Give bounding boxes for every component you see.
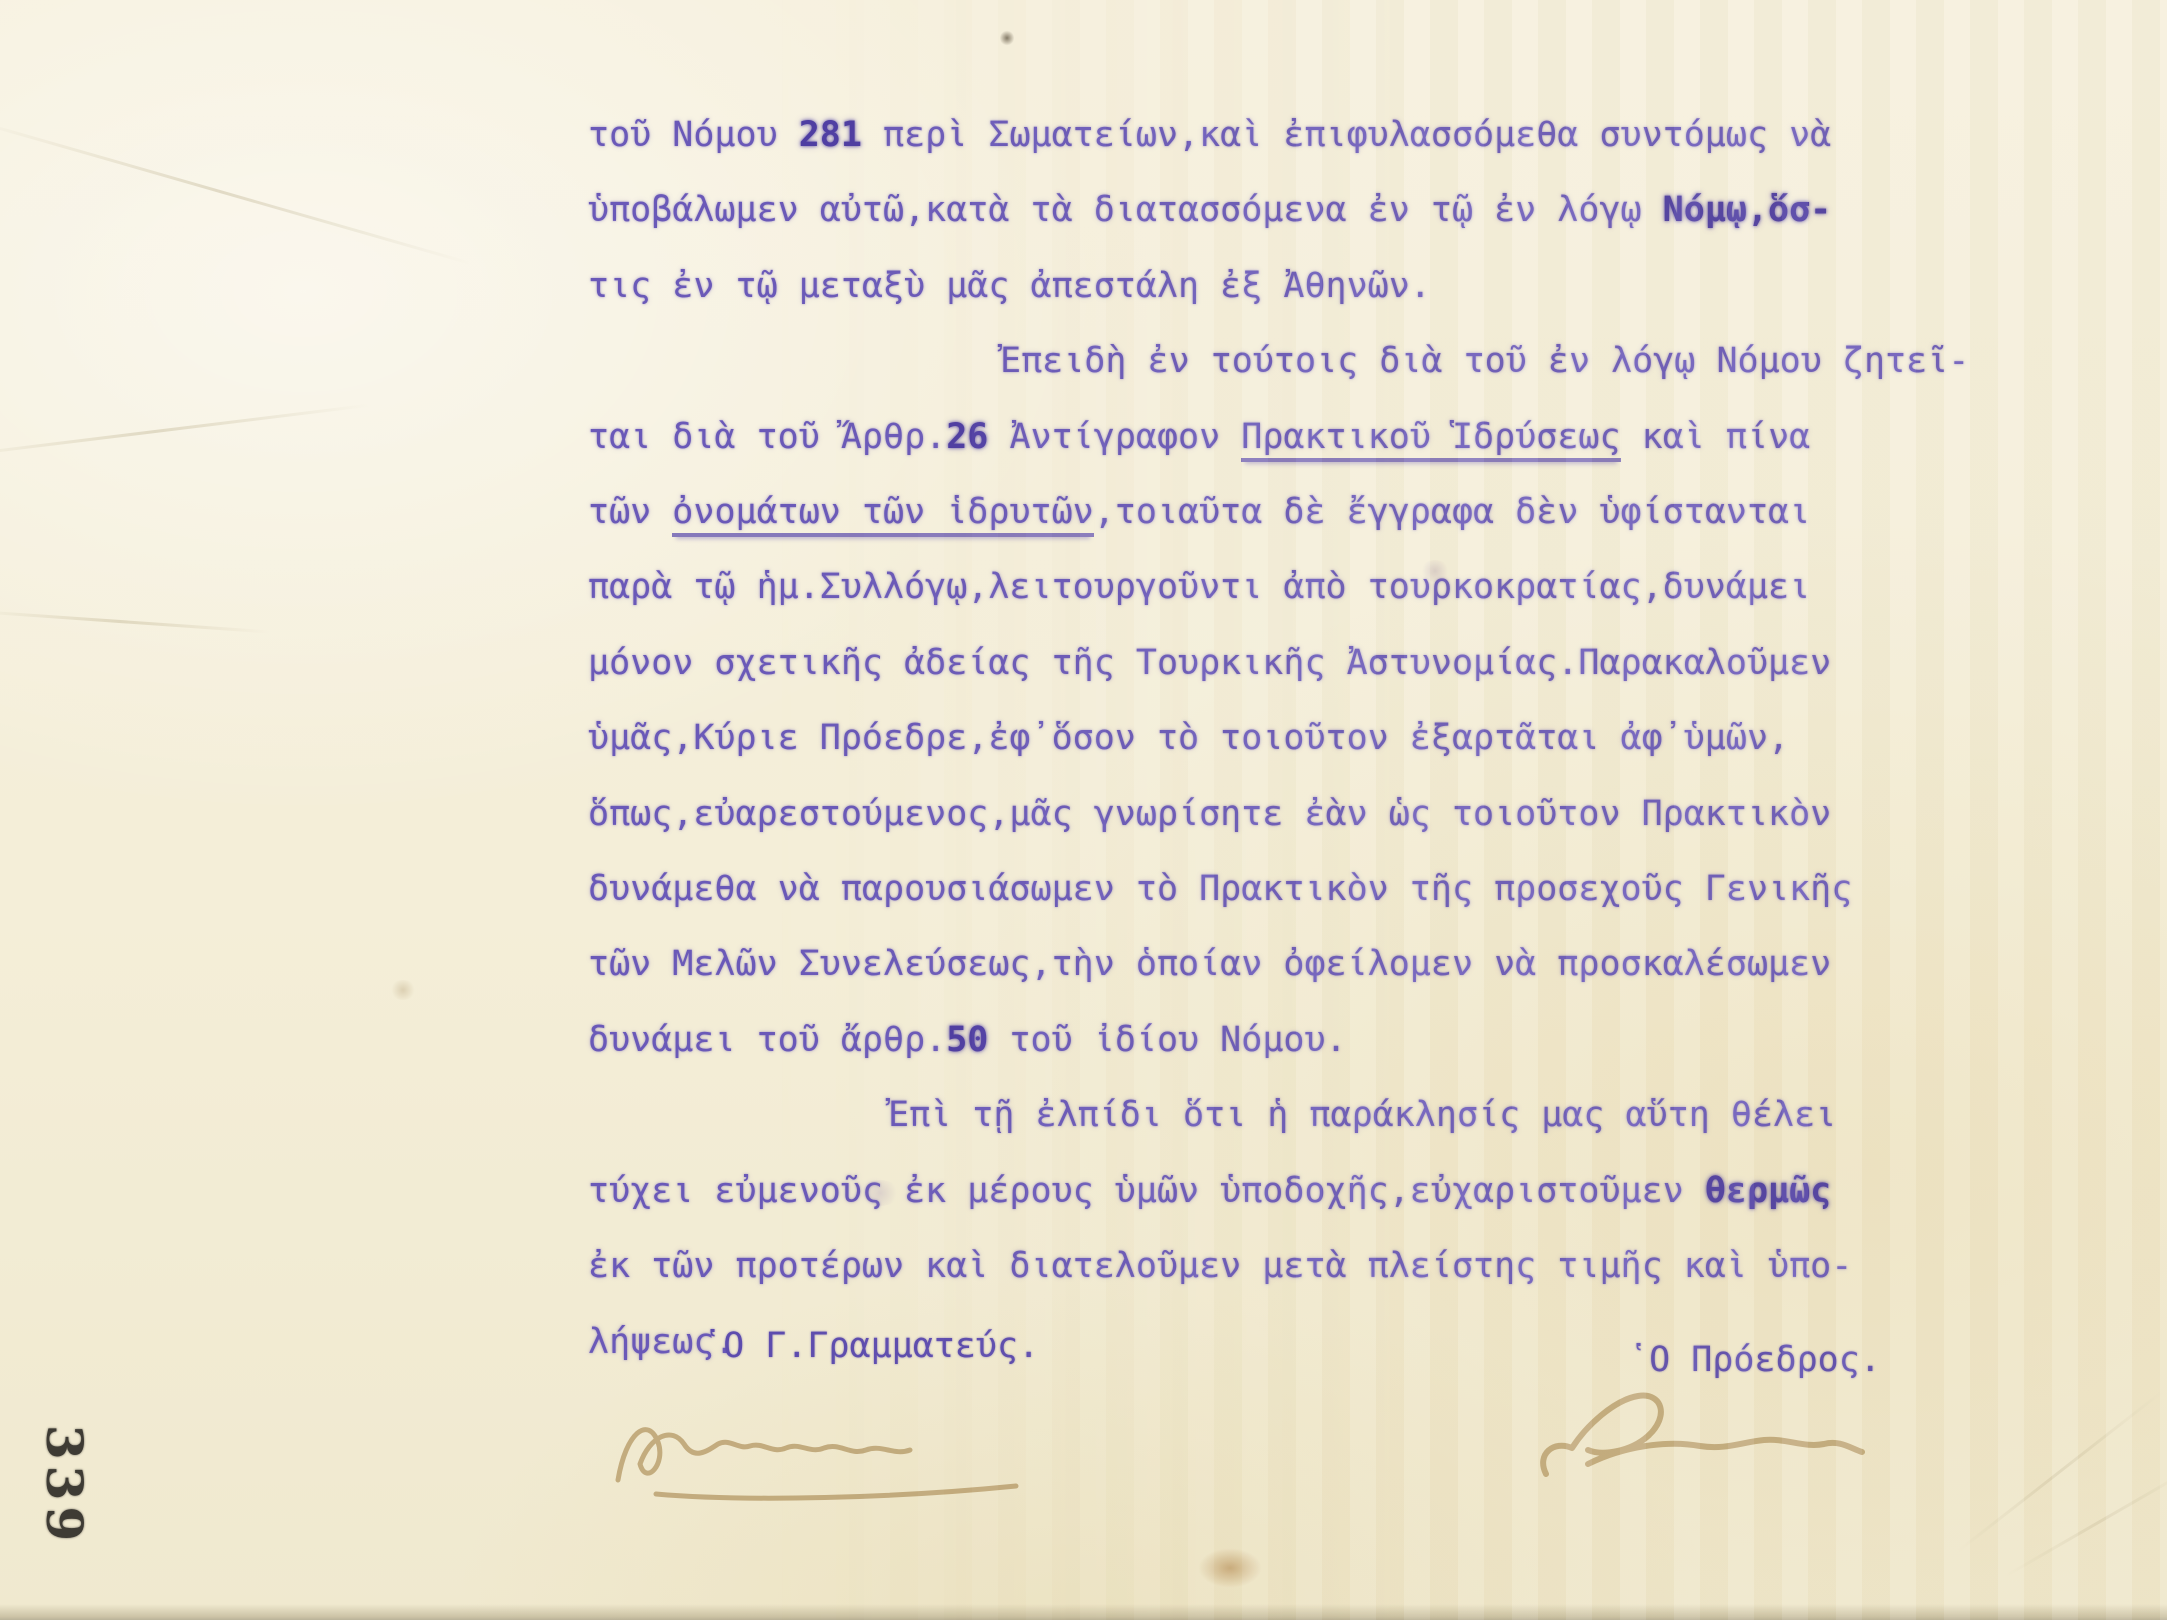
letter-line: ὑποβάλωμεν αὐτῶ,κατὰ τὰ διατασσόμενα ἐν … [588, 173, 1918, 248]
letter-line: παρὰ τῷ ἡμ.Συλλόγῳ,λειτουργοῦντι ἀπὸ του… [588, 550, 1918, 625]
underlined-text: ὀνομάτων τῶν ἱδρυτῶν [672, 492, 1093, 537]
letter-line: δυνάμει τοῦ ἄρθρ.50 τοῦ ἰδίου Νόμου. [588, 1003, 1918, 1078]
paper-speck [1000, 30, 1014, 46]
heavy-ink-text: 50 [946, 1020, 988, 1060]
letter-text: ται διὰ τοῦ Ἄρθρ. [588, 417, 946, 457]
paper-crease [0, 118, 470, 264]
letter-line: τις ἐν τῷ μεταξὺ μᾶς ἀπεστάλη ἐξ Ἀθηνῶν. [588, 249, 1918, 324]
scanned-letter-page: τοῦ Νόμου 281 περὶ Σωματείων,καὶ ἐπιφυλα… [0, 0, 2167, 1620]
letter-text: ὅπως,εὐαρεστούμενος,μᾶς γνωρίσητε ἐὰν ὡς… [588, 794, 1831, 834]
president-signoff-label: ῾Ο Πρόεδρος. [1628, 1340, 1881, 1380]
letter-line: τύχει εὐμενοῦς ἐκ μέρους ὑμῶν ὑποδοχῆς,ε… [588, 1154, 1918, 1229]
secretary-signature [596, 1402, 1066, 1512]
letter-line: Ἐπειδὴ ἐν τούτοις διὰ τοῦ ἐν λόγῳ Νόμου … [1000, 324, 1918, 399]
paper-crease [1957, 1390, 2164, 1552]
heavy-ink-text: 281 [799, 115, 862, 155]
letter-text: Ἐπειδὴ ἐν τούτοις διὰ τοῦ ἐν λόγῳ Νόμου … [1000, 341, 1969, 381]
heavy-ink-text: Νόμῳ,ὅσ- [1663, 190, 1832, 230]
letter-line: τῶν ὀνομάτων τῶν ἱδρυτῶν,τοιαῦτα δὲ ἔγγρ… [588, 475, 1918, 550]
letter-body: τοῦ Νόμου 281 περὶ Σωματείων,καὶ ἐπιφυλα… [588, 98, 1918, 1380]
letter-text: ἐκ τῶν προτέρων καὶ διατελοῦμεν μετὰ πλε… [588, 1246, 1852, 1286]
letter-text: μόνον σχετικῆς ἀδείας τῆς Τουρκικῆς Ἀστυ… [588, 643, 1831, 683]
letter-text: ὑποβάλωμεν αὐτῶ,κατὰ τὰ διατασσόμενα ἐν … [588, 190, 1663, 230]
letter-line: Ἐπὶ τῇ ἐλπίδι ὅτι ἡ παράκλησίς μας αὕτη … [888, 1078, 1918, 1153]
letter-line: μόνον σχετικῆς ἀδείας τῆς Τουρκικῆς Ἀστυ… [588, 626, 1918, 701]
letter-text: ὑμᾶς,Κύριε Πρόεδρε,ἐφ᾽ὅσον τὸ τοιοῦτον ἐ… [588, 718, 1789, 758]
letter-text: τῶν Μελῶν Συνελεύσεως,τὴν ὁποίαν ὀφείλομ… [588, 944, 1831, 984]
letter-text: τις ἐν τῷ μεταξὺ μᾶς ἀπεστάλη ἐξ Ἀθηνῶν. [588, 266, 1431, 306]
paper-stain [1198, 1548, 1262, 1588]
president-signature [1528, 1382, 1888, 1502]
letter-line: δυνάμεθα νὰ παρουσιάσωμεν τὸ Πρακτικὸν τ… [588, 852, 1918, 927]
letter-text: περὶ Σωματείων,καὶ ἐπιφυλασσόμεθα συντόμ… [862, 115, 1831, 155]
letter-text: παρὰ τῷ ἡμ.Συλλόγῳ,λειτουργοῦντι ἀπὸ του… [588, 567, 1810, 607]
paper-bottom-edge [0, 1604, 2167, 1620]
paper-stain [390, 980, 416, 1000]
secretary-signoff-label: ῾Ο Γ.Γραμματεύς. [702, 1326, 1039, 1366]
paper-crease [0, 404, 369, 459]
letter-line: τῶν Μελῶν Συνελεύσεως,τὴν ὁποίαν ὀφείλομ… [588, 927, 1918, 1002]
letter-text: Ἀντίγραφον [988, 417, 1241, 457]
letter-text: ,τοιαῦτα δὲ ἔγγραφα δὲν ὑφίστανται [1094, 492, 1810, 532]
archive-number-stamp: 339 [2, 1424, 122, 1548]
letter-text: δυνάμεθα νὰ παρουσιάσωμεν τὸ Πρακτικὸν τ… [588, 869, 1852, 909]
letter-text: τοῦ ἰδίου Νόμου. [988, 1020, 1346, 1060]
letter-line: τοῦ Νόμου 281 περὶ Σωματείων,καὶ ἐπιφυλα… [588, 98, 1918, 173]
letter-line: ται διὰ τοῦ Ἄρθρ.26 Ἀντίγραφον Πρακτικοῦ… [588, 400, 1918, 475]
letter-text: δυνάμει τοῦ ἄρθρ. [588, 1020, 946, 1060]
letter-text: τύχει εὐμενοῦς ἐκ μέρους ὑμῶν ὑποδοχῆς,ε… [588, 1171, 1705, 1211]
heavy-ink-text: 26 [946, 417, 988, 457]
letter-text: τοῦ Νόμου [588, 115, 799, 155]
letter-text: Ἐπὶ τῇ ἐλπίδι ὅτι ἡ παράκλησίς μας αὕτη … [888, 1095, 1836, 1135]
letter-line: ὅπως,εὐαρεστούμενος,μᾶς γνωρίσητε ἐὰν ὡς… [588, 777, 1918, 852]
heavy-ink-text: θερμῶς [1705, 1171, 1831, 1211]
paper-crease [0, 610, 270, 634]
letter-line: ὑμᾶς,Κύριε Πρόεδρε,ἐφ᾽ὅσον τὸ τοιοῦτον ἐ… [588, 701, 1918, 776]
letter-text: καὶ πίνα [1621, 417, 1811, 457]
archive-number: 339 [2, 1424, 126, 1548]
letter-line: ἐκ τῶν προτέρων καὶ διατελοῦμεν μετὰ πλε… [588, 1229, 1918, 1304]
letter-text: τῶν [588, 492, 672, 532]
underlined-text: Πρακτικοῦ Ἱδρύσεως [1241, 417, 1620, 462]
paper-crease [2004, 1465, 2167, 1578]
